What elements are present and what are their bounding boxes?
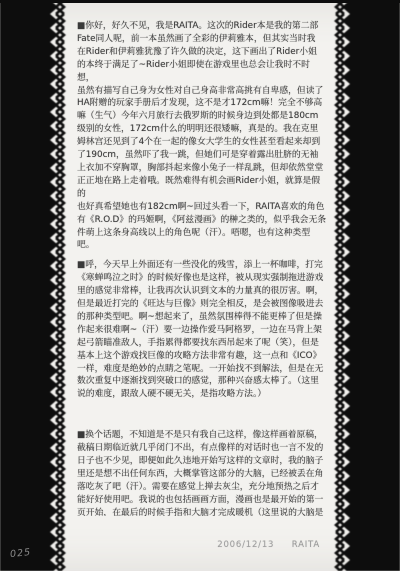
footer-date: 2006/12/13 bbox=[217, 540, 274, 550]
afterword-text: ■你好，好久不见，我是RAITA。这次的Rider本是我的第二部 Fate同人呢… bbox=[77, 20, 327, 516]
top-edge-strip bbox=[0, 0, 400, 3]
page-number: 025 bbox=[9, 547, 31, 560]
left-zigzag-border bbox=[0, 0, 70, 571]
footer: 2006/12/13 RAITA bbox=[217, 540, 320, 550]
paragraph-games: ■呼，今天早上外面还有一些没化的残雪，添上一杯咖啡，打完 《寒蝉鸣泣之时》的时候… bbox=[77, 259, 327, 401]
footer-author: RAITA bbox=[292, 540, 320, 550]
scanned-page: ■你好，好久不见，我是RAITA。这次的Rider本是我的第二部 Fate同人呢… bbox=[0, 0, 400, 571]
paragraph-deadline: ■换个话题，不知道是不是只有我自己这样，像这样画着原稿， 截稿日期临近就几乎闭门… bbox=[77, 429, 327, 516]
paragraph-rider-intro: ■你好，好久不见，我是RAITA。这次的Rider本是我的第二部 Fate同人呢… bbox=[77, 20, 327, 252]
right-zigzag-border bbox=[330, 0, 400, 571]
